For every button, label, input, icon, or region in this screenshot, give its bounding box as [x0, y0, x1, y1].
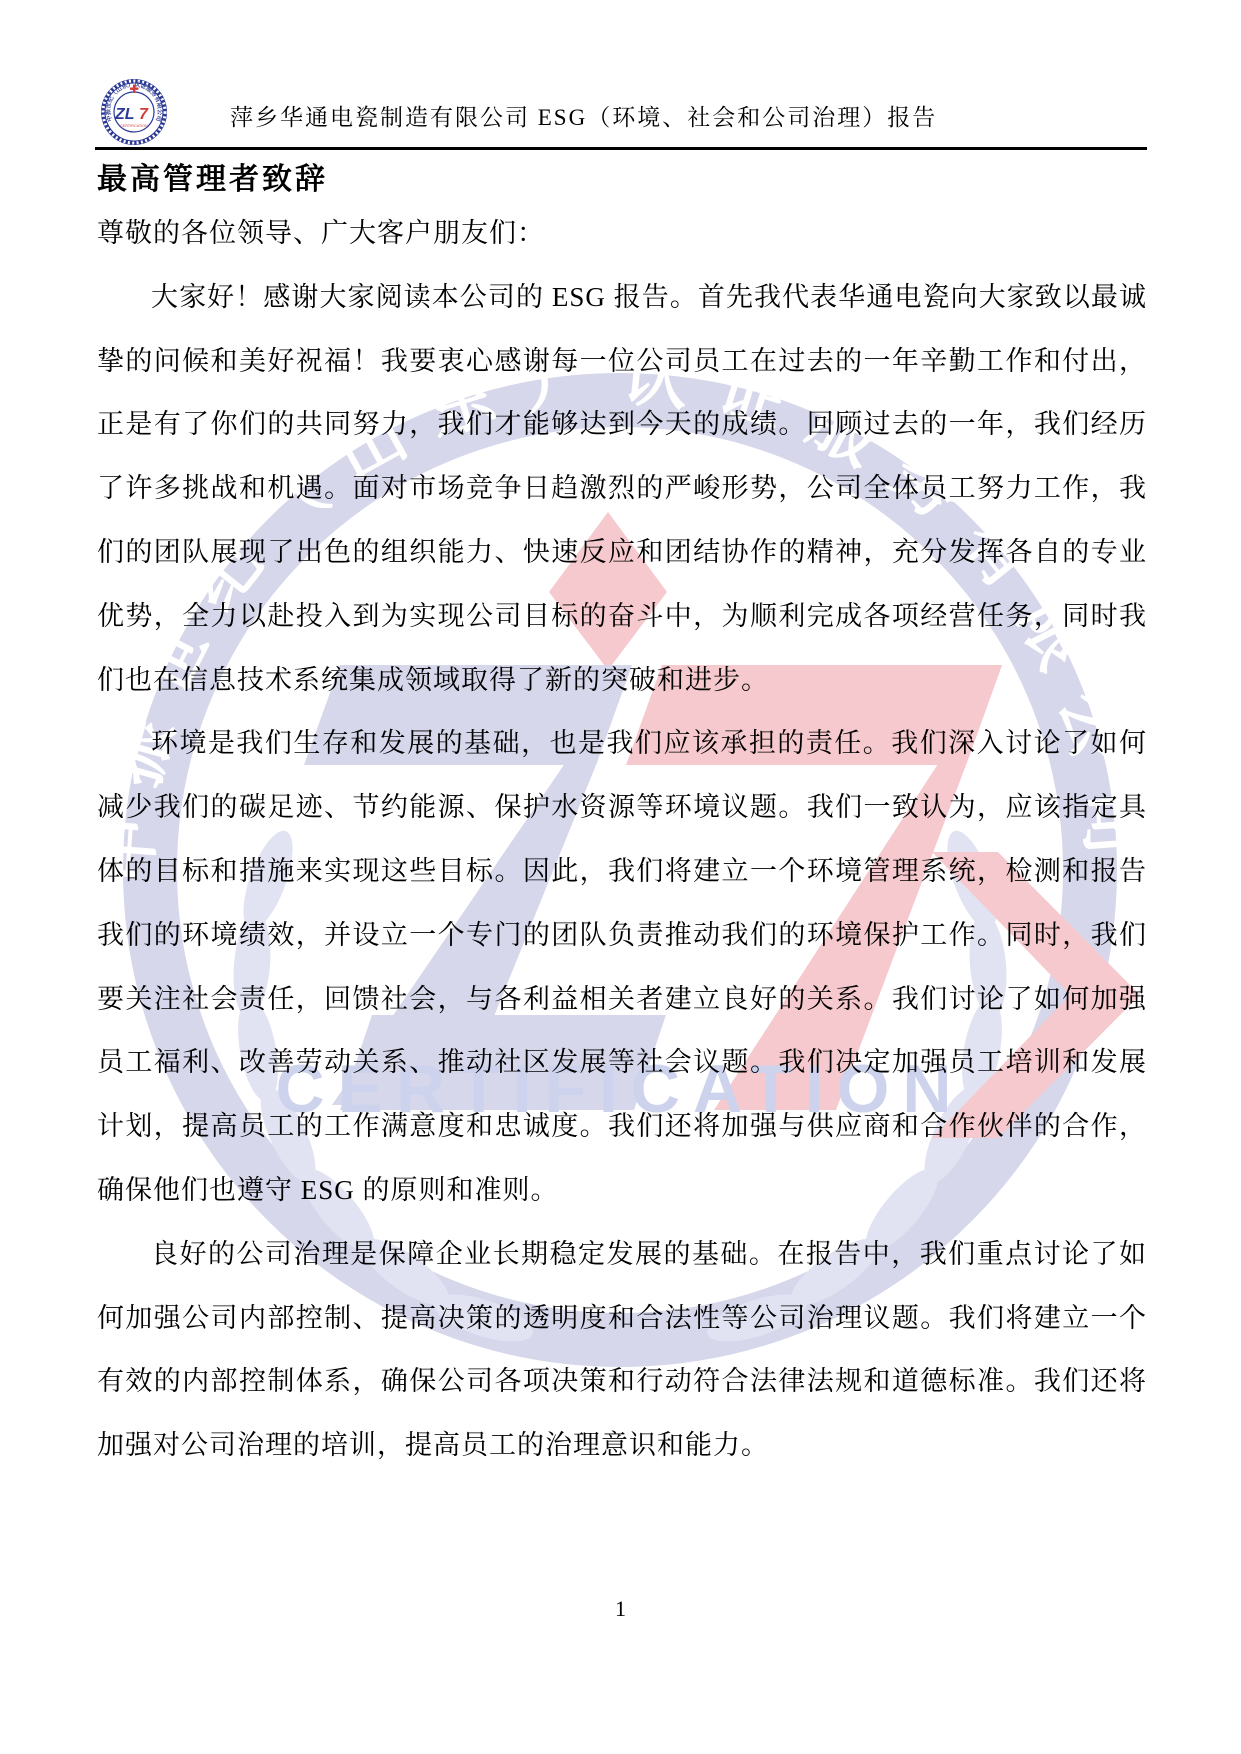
logo-zl-text: ZL	[114, 106, 135, 123]
company-logo-icon: 中振世纪（山东）认证服务有限公司 ZL 7 CERTIFICATION	[100, 78, 168, 146]
section-heading: 最高管理者致辞	[97, 158, 1147, 202]
report-header-title: 萍乡华通电瓷制造有限公司 ESG（环境、社会和公司治理）报告	[230, 98, 1150, 138]
paragraph-2: 环境是我们生存和发展的基础，也是我们应该承担的责任。我们深入讨论了如何减少我们的…	[97, 712, 1147, 1222]
document-page: 中振世纪（山东）认证服务有限公司 CERTIFICATION 中振世纪（山东）认…	[0, 0, 1241, 1754]
paragraph-1: 大家好！感谢大家阅读本公司的 ESG 报告。首先我代表华通电瓷向大家致以最诚挚的…	[97, 266, 1147, 713]
logo-7-text: 7	[139, 106, 149, 123]
paragraph-3: 良好的公司治理是保障企业长期稳定发展的基础。在报告中，我们重点讨论了如何加强公司…	[97, 1223, 1147, 1478]
page-number: 1	[0, 1596, 1241, 1622]
header-divider	[95, 147, 1147, 150]
logo-certification-text: CERTIFICATION	[120, 124, 148, 128]
page-header: 中振世纪（山东）认证服务有限公司 ZL 7 CERTIFICATION 萍乡华通…	[0, 0, 1241, 150]
document-body: 最高管理者致辞 尊敬的各位领导、广大客户朋友们： 大家好！感谢大家阅读本公司的 …	[97, 150, 1147, 1478]
salutation-line: 尊敬的各位领导、广大客户朋友们：	[97, 202, 1147, 266]
